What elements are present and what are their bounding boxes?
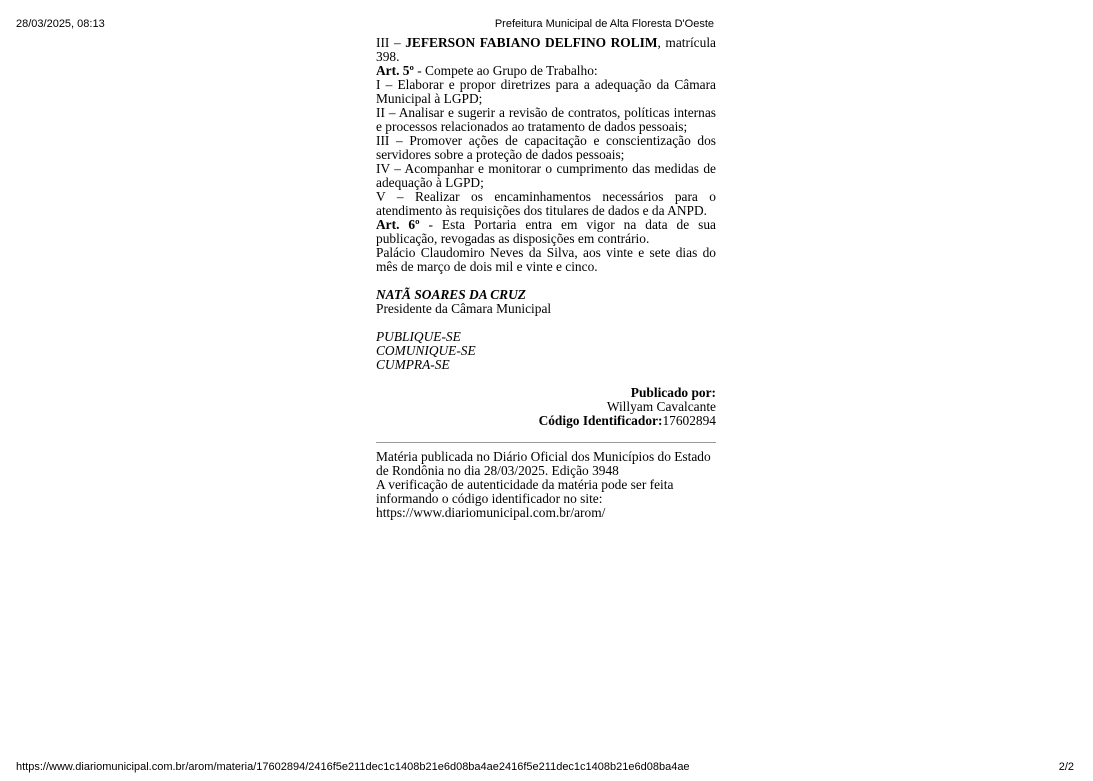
signatory-name: NATÃ SOARES DA CRUZ (376, 288, 716, 302)
print-datetime: 28/03/2025, 08:13 (16, 18, 105, 30)
member-item: III – JEFERSON FABIANO DELFINO ROLIM, ma… (376, 36, 716, 64)
page-number: 2/2 (1059, 761, 1074, 773)
article-5-item: IV – Acompanhar e monitorar o cumpriment… (376, 162, 716, 190)
directive: COMUNIQUE-SE (376, 344, 716, 358)
closing-statement: Palácio Claudomiro Neves da Silva, aos v… (376, 246, 716, 274)
print-page-url: https://www.diariomunicipal.com.br/arom/… (16, 761, 690, 773)
article-6-label: Art. 6º (376, 217, 420, 232)
published-by-label: Publicado por: (376, 386, 716, 400)
directive: PUBLIQUE-SE (376, 330, 716, 344)
identifier-code: Código Identificador:17602894 (376, 414, 716, 428)
member-name: JEFERSON FABIANO DELFINO ROLIM (405, 35, 657, 50)
document-body: III – JEFERSON FABIANO DELFINO ROLIM, ma… (376, 36, 716, 520)
divider (376, 442, 716, 443)
print-page-title: Prefeitura Municipal de Alta Floresta D'… (495, 18, 714, 30)
article-5-item: III – Promover ações de capacitação e co… (376, 134, 716, 162)
publisher-name: Willyam Cavalcante (376, 400, 716, 414)
publication-note: Matéria publicada no Diário Oficial dos … (376, 450, 716, 478)
article-5-label: Art. 5º (376, 63, 414, 78)
article-5-item: II – Analisar e sugerir a revisão de con… (376, 106, 716, 134)
verification-note: A verificação de autenticidade da matéri… (376, 478, 716, 506)
article-5-item: I – Elaborar e propor diretrizes para a … (376, 78, 716, 106)
verification-site-link[interactable]: https://www.diariomunicipal.com.br/arom/ (376, 506, 716, 520)
article-6: Art. 6º - Esta Portaria entra em vigor n… (376, 218, 716, 246)
article-5-item: V – Realizar os encaminhamentos necessár… (376, 190, 716, 218)
directive: CUMPRA-SE (376, 358, 716, 372)
signatory-role: Presidente da Câmara Municipal (376, 302, 716, 316)
article-5: Art. 5º - Compete ao Grupo de Trabalho: (376, 64, 716, 78)
